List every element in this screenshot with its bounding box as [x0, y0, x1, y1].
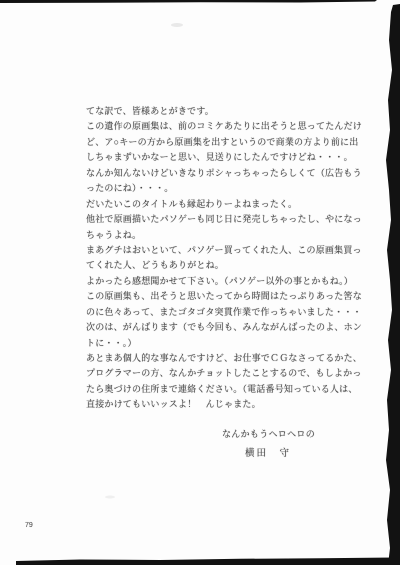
scan-smudge — [105, 496, 115, 499]
text-line: ど、ア○キーの方から原画集を出すというので商業の方より前に出 — [86, 135, 346, 150]
text-line: しちゃまずいかなーと思い、見送りにしたんですけどね・・・。 — [86, 150, 346, 165]
scan-edge-right — [386, 4, 400, 565]
page-number: 79 — [25, 522, 33, 529]
text-line: 次のは、がんばります（でも今回も、みんながんばったのよ、ホン — [86, 320, 346, 335]
text-line: ったのにね）・・・。 — [86, 181, 346, 196]
scan-smudge — [171, 23, 183, 27]
text-line: トに・・。） — [86, 336, 346, 351]
text-line: プログラマーの方、なんかチョットしたことするので、もしよかっ — [86, 366, 346, 381]
text-line: てな訳で、皆様あとがきです。 — [86, 104, 346, 119]
text-line: ちゃうよね。 — [86, 228, 346, 243]
signature-author-name: 横田 守 — [245, 445, 291, 459]
text-line: 他社で原画描いたパソゲーも同じ日に発売しちゃったし、やになっ — [86, 212, 346, 227]
text-line: たら奥づけの住所まで連絡ください。（電話番号知っている人は、 — [86, 382, 346, 397]
scanned-page: てな訳で、皆様あとがきです。 この遺作の原画集は、前のコミケあたりに出そうと思っ… — [0, 0, 400, 565]
text-line: よかったら感想聞かせて下さい。（パソゲー以外の事とかもね。） — [86, 274, 346, 289]
afterword-text: てな訳で、皆様あとがきです。 この遺作の原画集は、前のコミケあたりに出そうと思っ… — [86, 104, 346, 413]
scan-edge-top — [0, 0, 377, 3]
text-line: のに色々あって、またゴタゴタ突貫作業で作っちゃいました・・・ — [86, 305, 346, 320]
scan-edge-bottom — [16, 558, 400, 565]
text-line: あとまあ個人的な事なんですけど、お仕事でＣＧなさってるかた、 — [86, 351, 346, 366]
text-line: この原画集も、出そうと思いたってから時間はたっぷりあった筈な — [86, 289, 346, 304]
text-line: てくれた人、どうもありがとね。 — [86, 258, 346, 273]
text-line: 直接かけてもいいッスよ！ んじゃまた。 — [86, 397, 346, 412]
text-line: だいたいこのタイトルも縁起わりーよねまったく。 — [86, 197, 346, 212]
text-line: まあグチはおいといて、パソゲー買ってくれた人、この原画集買っ — [86, 243, 346, 258]
text-line: なんか知んないけどいきなりポシャっちゃったらしくて（広告もう — [86, 166, 346, 181]
text-line: この遺作の原画集は、前のコミケあたりに出そうと思ってたんだけ — [86, 119, 346, 134]
signature-tagline: なんかもうヘロヘロの — [222, 427, 315, 440]
